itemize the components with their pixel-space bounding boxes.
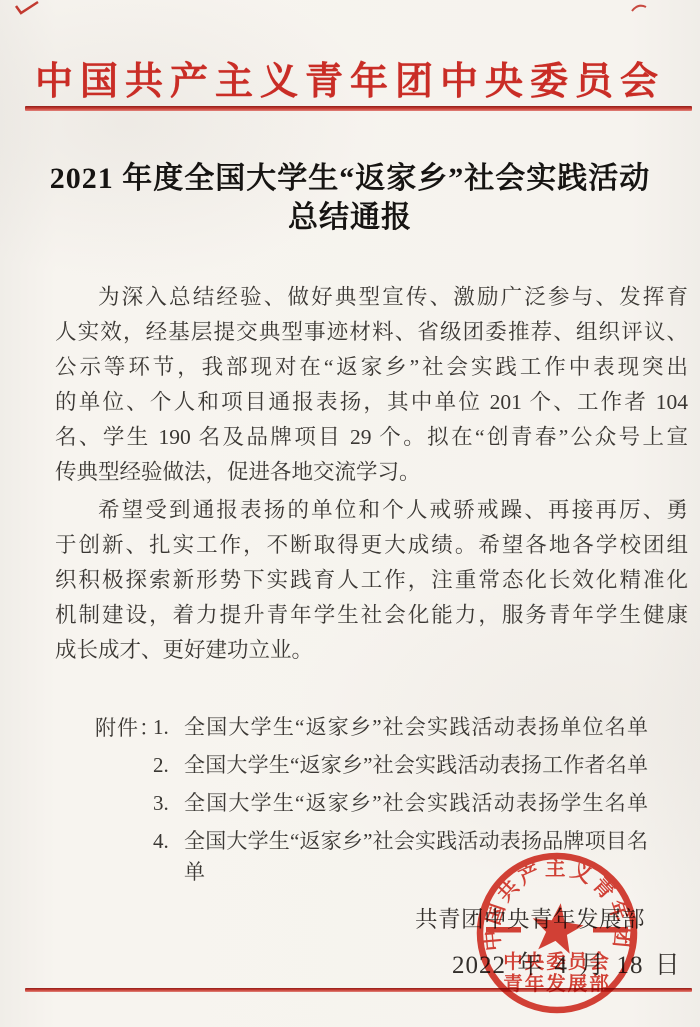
letterhead-org-name: 中国共产主义青年团中央委员会 <box>0 50 700 105</box>
body-line: 希望受到通报表扬的单位和个人戒骄戒躁、再接再厉、勇 <box>55 493 688 528</box>
body-line: 于创新、扎实工作，不断取得更大成绩。希望各地各学校团组 <box>55 528 688 563</box>
body-line: 成长成才、更好建功立业。 <box>55 633 688 668</box>
seal-text-line1: 中央委员会 <box>503 950 611 973</box>
body-line: 为深入总结经验、做好典型宣传、激励广泛参与、发挥育 <box>55 280 688 315</box>
body-line: 机制建设，着力提升青年学生社会化能力，服务青年学生健康 <box>55 598 688 633</box>
attachment-title: 全国大学生“返家乡”社会实践活动表扬单位名单 <box>184 712 648 750</box>
attachments-label: 附件： <box>95 712 161 742</box>
attachment-item: 3. 全国大学生“返家乡”社会实践活动表扬学生名单 <box>153 788 648 826</box>
attachment-title: 全国大学生“返家乡”社会实践活动表扬工作者名单 <box>184 750 648 788</box>
attachment-number: 2. <box>153 750 184 788</box>
attachment-item: 2. 全国大学生“返家乡”社会实践活动表扬工作者名单 <box>153 750 648 788</box>
scan-artifact-mark-right <box>630 2 648 14</box>
paragraph-2: 希望受到通报表扬的单位和个人戒骄戒躁、再接再厉、勇 于创新、扎实工作，不断取得更… <box>55 493 688 668</box>
seal-bar-left <box>486 927 521 933</box>
body-line: 人实效，经基层提交典型事迹材料、省级团委推荐、组织评议、 <box>55 315 688 350</box>
attachment-number: 3. <box>153 788 184 826</box>
paragraph-1: 为深入总结经验、做好典型宣传、激励广泛参与、发挥育 人实效，经基层提交典型事迹材… <box>55 280 688 490</box>
seal-bar-right <box>593 927 628 933</box>
title-line-1: 2021 年度全国大学生“返家乡”社会实践活动 <box>0 159 700 198</box>
body-line: 的单位、个人和项目通报表扬，其中单位 201 个、工作者 104 <box>55 385 688 420</box>
document-title: 2021 年度全国大学生“返家乡”社会实践活动 总结通报 <box>0 159 700 237</box>
seal-star-icon <box>529 900 587 955</box>
scan-artifact-mark-left <box>14 0 40 16</box>
attachment-title: 全国大学生“返家乡”社会实践活动表扬学生名单 <box>184 788 648 826</box>
attachments-list: 1. 全国大学生“返家乡”社会实践活动表扬单位名单 2. 全国大学生“返家乡”社… <box>153 712 648 864</box>
body-line: 织积极探索新形势下实践育人工作，注重常态化长效化精准化 <box>55 563 688 598</box>
attachment-number: 1. <box>153 712 184 750</box>
header-divider-line <box>25 106 692 111</box>
official-seal: 中国共产主义青年团 中央委员会 青年发展部 <box>473 849 641 1017</box>
body-line: 名、学生 190 名及品牌项目 29 个。拟在“创青春”公众号上宣 <box>55 420 688 455</box>
attachment-number: 4. <box>153 826 184 864</box>
title-line-2: 总结通报 <box>0 198 700 237</box>
attachment-item: 1. 全国大学生“返家乡”社会实践活动表扬单位名单 <box>153 712 648 750</box>
seal-text-line2: 青年发展部 <box>503 972 611 995</box>
body-line: 公示等环节，我部现对在“返家乡”社会实践工作中表现突出 <box>55 350 688 385</box>
document-page: 中国共产主义青年团中央委员会 2021 年度全国大学生“返家乡”社会实践活动 总… <box>0 0 700 1027</box>
body-line: 传典型经验做法，促进各地交流学习。 <box>55 455 688 490</box>
